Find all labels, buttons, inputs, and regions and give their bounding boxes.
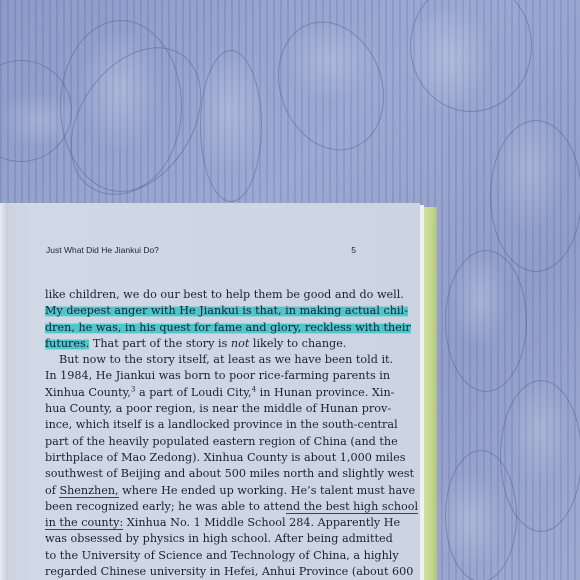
italic-emphasis: not [231,337,249,350]
text-line: But now to the story itself, at least as… [45,352,375,368]
text-line: southwest of Beijing and about 500 miles… [45,466,375,482]
pencil-underline: nd the best high school [286,500,418,514]
quilt-stitch [261,7,402,166]
text-span: That part of the story is [89,337,231,350]
text-span: of [45,484,59,497]
chapter-title: Just What Did He Jiankui Do? [46,245,159,255]
text-line: hua County, a poor region, is near the m… [45,401,375,417]
text-line: part of the heavily populated eastern re… [45,434,375,450]
text-line: in the county: Xinhua No. 1 Middle Schoo… [45,515,375,531]
page-number: 5 [351,245,356,255]
text-line: birthplace of Mao Zedong). Xinhua County… [45,450,375,466]
text-span: a part of Loudi City, [135,386,251,399]
text-span: been recognized early; he was able to at… [45,500,286,513]
text-line: like children, we do our best to help th… [45,287,375,303]
quilt-stitch [200,50,262,202]
quilt-stitch [490,120,580,272]
gutter-shadow [0,203,8,580]
text-span: Xinhua County, [45,386,131,399]
quilt-stitch [445,250,527,392]
text-line: Xinhua County,3 a part of Loudi City,4 i… [45,385,375,401]
pencil-underline: in the county: [45,516,123,530]
text-span: where He ended up working. He’s talent m… [119,484,415,497]
highlight: dren, he was, in his quest for fame and … [45,321,411,334]
text-line: to the University of Science and Technol… [45,548,375,564]
running-head: Just What Did He Jiankui Do? 5 [46,245,356,255]
text-line: regarded Chinese university in Hefei, An… [45,564,375,580]
text-line: futures. That part of the story is not l… [45,336,375,352]
open-book: Just What Did He Jiankui Do? 5 like chil… [0,203,438,580]
pencil-underline: Shenzhen, [59,484,118,498]
book-page: Just What Did He Jiankui Do? 5 like chil… [0,203,420,580]
quilt-stitch [445,450,517,580]
text-line: was obsessed by physics in high school. … [45,531,375,547]
text-line-highlighted: dren, he was, in his quest for fame and … [45,320,375,336]
body-text: like children, we do our best to help th… [45,287,375,580]
highlight: futures. [45,337,89,350]
text-line: of Shenzhen, where He ended up working. … [45,483,375,499]
text-line: been recognized early; he was able to at… [45,499,375,515]
text-line: In 1984, He Jiankui was born to poor ric… [45,368,375,384]
text-span: likely to change. [249,337,346,350]
book-cover-edge [423,207,437,580]
text-span: in Hunan province. Xin- [256,386,394,399]
quilt-stitch [410,0,532,112]
text-line: ince, which itself is a landlocked provi… [45,417,375,433]
quilt-stitch [0,60,72,162]
highlight: My deepest anger with He Jiankui is that… [45,304,408,317]
text-line-highlighted: My deepest anger with He Jiankui is that… [45,303,375,319]
text-span: Xinhua No. 1 Middle School 284. Apparent… [123,516,400,529]
